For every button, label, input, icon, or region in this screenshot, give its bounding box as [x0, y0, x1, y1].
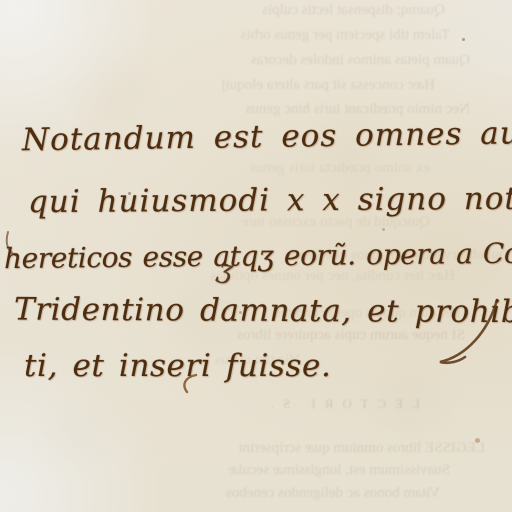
handwritten-line-1: Notandum est eos omnes authores,: [22, 114, 512, 159]
showthrough-heading-lectori: LECTORI S.: [262, 396, 420, 412]
showthrough-line: LEGISSE libros omnium quæ scripserint: [238, 440, 485, 457]
handwritten-line-5: ti, et inseri fuisse.: [24, 348, 331, 384]
showthrough-line: Suavissimum est, longissimæ seculæ: [228, 462, 450, 479]
showthrough-line: ex animo prædicta iuris genus: [250, 160, 430, 177]
showthrough-line: Hæc concessa sit pars altera eloquij: [221, 77, 435, 94]
manuscript-page: Quamq; dispensat lectis culpis Talem tib…: [0, 0, 512, 512]
ink-specks: [462, 38, 465, 41]
showthrough-line: Nec nimio prædicant iuris hinc genus: [245, 101, 470, 118]
showthrough-line: Quam pietas animos indoles decoras: [251, 52, 470, 69]
handwritten-line-2: qui huiusmodi x x signo notati sunt: [28, 180, 512, 220]
showthrough-line: Talem tibi speciem per genus orbis: [241, 27, 450, 44]
handwritten-line-3: hereticos esse atqʒ eorũ. opera a Concil…: [4, 236, 512, 275]
handwritten-line-4: Tridentino damnata, et prohibitan: [14, 292, 512, 331]
showthrough-line: Vitam bonos ac deligendos cenebos: [226, 485, 440, 502]
showthrough-line: Quamq; dispensat lectis culpis: [262, 2, 445, 19]
